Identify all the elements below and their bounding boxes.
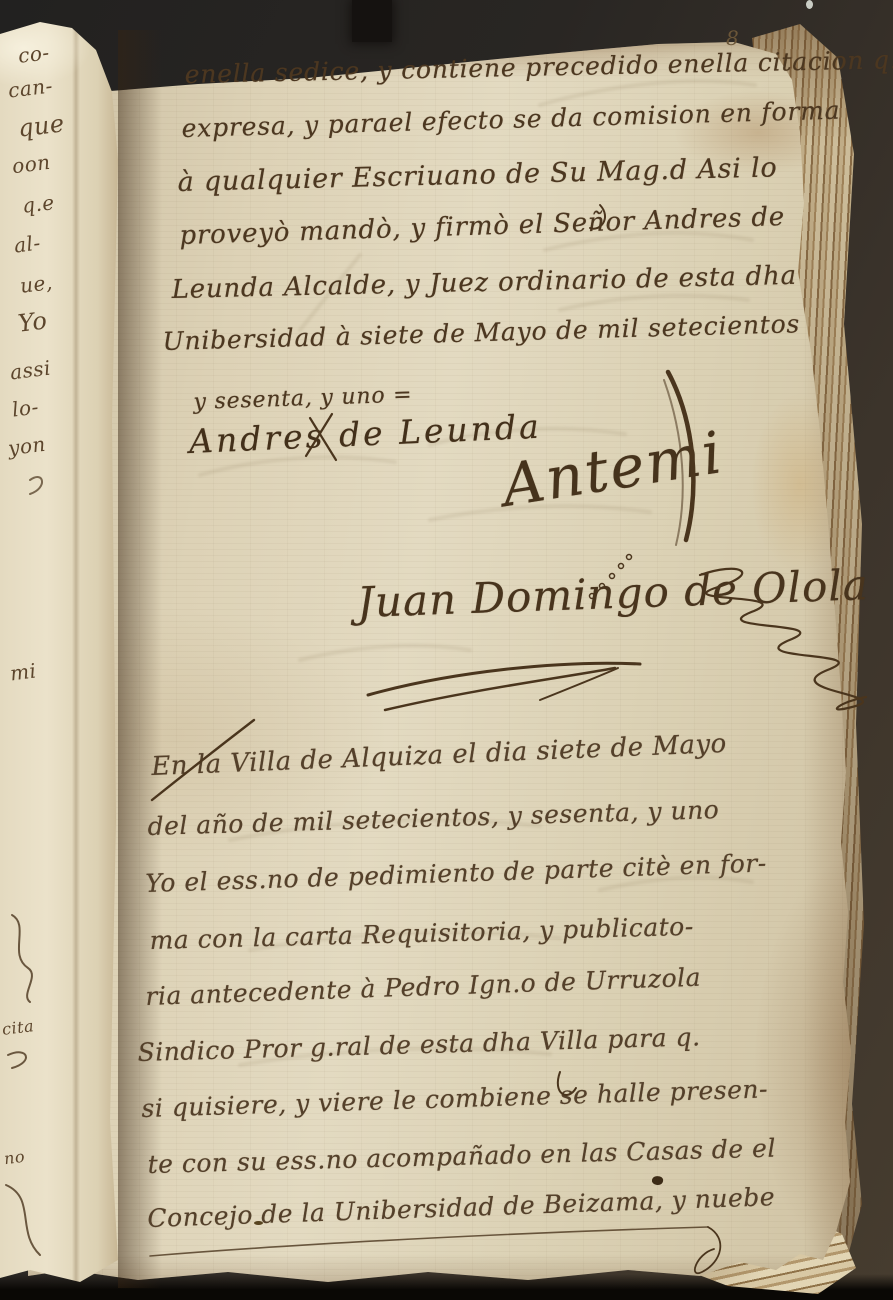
- prev-page-fragment: ue,: [19, 270, 54, 298]
- prev-page-fragment: Yo: [16, 306, 48, 337]
- prev-page-fragment: no: [3, 1147, 26, 1168]
- prev-page-fragment: yon: [7, 432, 47, 460]
- prev-page-fragment: q.e: [21, 190, 56, 218]
- previous-page-edge: [0, 20, 122, 1286]
- manuscript-photo: 8 enella sedice, y contiene precedido en…: [0, 0, 893, 1300]
- prev-page-fragment: cita: [1, 1016, 35, 1039]
- prev-page-fragment: oon: [11, 150, 52, 179]
- background-light-dot: [806, 0, 813, 9]
- prev-page-fragment: mi: [9, 658, 38, 685]
- prev-page-fragment: co-: [17, 40, 51, 68]
- prev-page-fragment: lo-: [11, 394, 40, 421]
- prev-page-fragment: al-: [13, 230, 42, 257]
- prev-page-fragment: que: [16, 109, 66, 142]
- prev-page-fragment: assi: [9, 356, 52, 385]
- background-dark-band: [352, 0, 392, 42]
- ink-speck: [254, 1221, 263, 1225]
- folio-number: 8: [726, 26, 739, 50]
